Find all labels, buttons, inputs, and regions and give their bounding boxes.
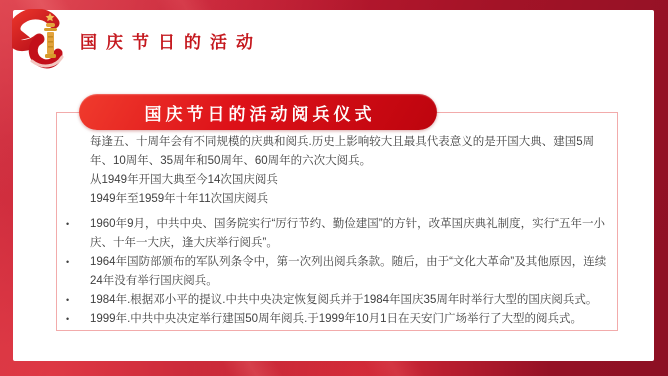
bullet-list: 1960年9月，中共中央、国务院实行“厉行节约、勤俭建国”的方针，改革国庆典礼制… — [90, 215, 609, 329]
page-title: 国庆节日的活动 — [80, 33, 262, 53]
content-card: 每逢五、十周年会有不同规模的庆典和阅兵.历史上影响较大且最具代表意义的是开国大典… — [56, 112, 618, 331]
section-banner: 国庆节日的活动阅兵仪式 — [79, 94, 437, 130]
intro-line-1949-1959: 1949年至1959年十年11次国庆阅兵 — [90, 190, 609, 209]
list-item-1960: 1960年9月，中共中央、国务院实行“厉行节约、勤俭建国”的方针，改革国庆典礼制… — [90, 215, 609, 253]
intro-line-parades-total: 从1949年开国大典至今14次国庆阅兵 — [90, 171, 609, 190]
list-item-1999: 1999年.中共中央决定举行建国50周年阅兵.于1999年10月1日在天安门广场… — [90, 310, 609, 329]
intro-paragraph: 每逢五、十周年会有不同规模的庆典和阅兵.历史上影响较大且最具代表意义的是开国大典… — [90, 133, 609, 171]
list-item-1964: 1964年国防部颁布的军队列条令中，第一次列出阅兵条款。随后，由于“文化大革命”… — [90, 253, 609, 291]
section-banner-title: 国庆节日的活动阅兵仪式 — [141, 100, 376, 125]
card-body: 每逢五、十周年会有不同规模的庆典和阅兵.历史上影响较大且最具代表意义的是开国大典… — [57, 113, 617, 330]
flag-ribbon-icon — [12, 9, 72, 73]
list-item-1984: 1984年.根据邓小平的提议.中共中央决定恢复阅兵并于1984年国庆35周年时举… — [90, 291, 609, 310]
